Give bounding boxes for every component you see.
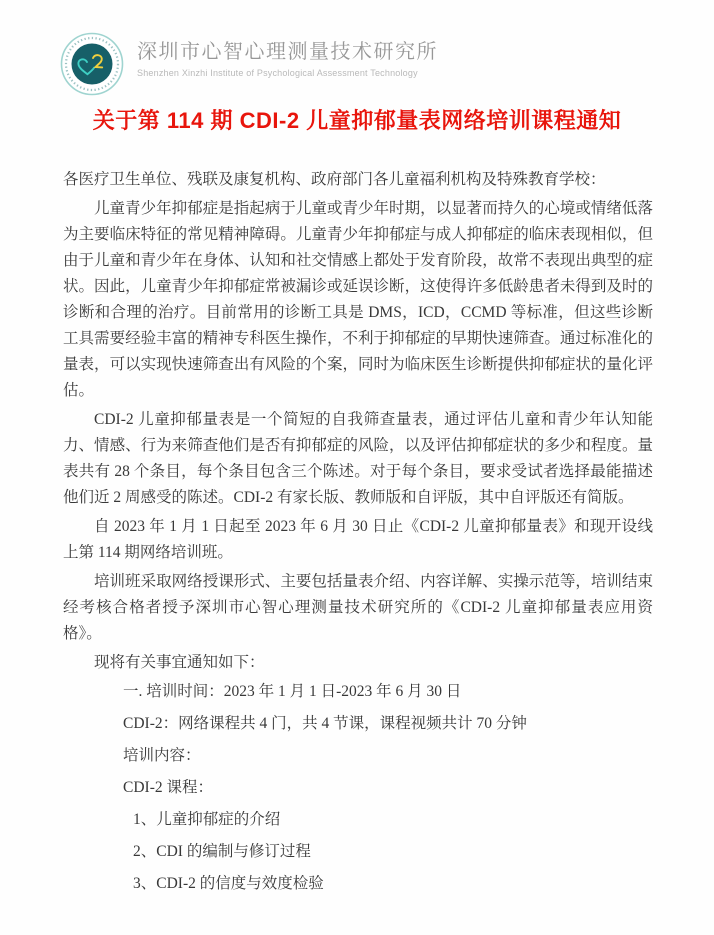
notice-line-training-time: 一. 培训时间：2023 年 1 月 1 日-2023 年 6 月 30 日 xyxy=(123,679,653,705)
course-list-item: 2、CDI 的编制与修订过程 xyxy=(133,839,653,865)
org-name-zh: 深圳市心智心理测量技术研究所 xyxy=(137,41,438,63)
notice-body: 各医疗卫生单位、残联及康复机构、政府部门各儿童福利机构及特殊教育学校： 儿童青少… xyxy=(63,167,653,897)
course-list-item: 1、儿童抑郁症的介绍 xyxy=(133,807,653,833)
body-paragraph: CDI-2 儿童抑郁量表是一个简短的自我筛查量表，通过评估儿童和青少年认知能力、… xyxy=(63,407,653,511)
notice-title: 关于第 114 期 CDI-2 儿童抑郁量表网络培训课程通知 xyxy=(30,106,684,136)
notice-line-training-content: 培训内容： xyxy=(123,743,653,769)
org-name-block: 深圳市心智心理测量技术研究所 Shenzhen Xinzhi Institute… xyxy=(137,32,438,79)
notice-line-course-header: CDI-2 课程： xyxy=(123,775,653,801)
notice-intro-line: 现将有关事宜通知如下： xyxy=(63,650,653,676)
notice-document-page: 深圳市心智心理测量技术研究所 Shenzhen Xinzhi Institute… xyxy=(0,0,714,935)
body-paragraph: 培训班采取网络授课形式、主要包括量表介绍、内容详解、实操示范等，培训结束经考核合… xyxy=(63,569,653,647)
document-header: 深圳市心智心理测量技术研究所 Shenzhen Xinzhi Institute… xyxy=(60,32,652,96)
org-name-en: Shenzhen Xinzhi Institute of Psychologic… xyxy=(137,67,438,79)
institute-logo-icon xyxy=(60,32,124,96)
salutation-line: 各医疗卫生单位、残联及康复机构、政府部门各儿童福利机构及特殊教育学校： xyxy=(63,167,653,193)
body-paragraph: 自 2023 年 1 月 1 日起至 2023 年 6 月 30 日止《CDI-… xyxy=(63,514,653,566)
course-list-item: 3、CDI-2 的信度与效度检验 xyxy=(133,871,653,897)
notice-line-course-count: CDI-2：网络课程共 4 门，共 4 节课，课程视频共计 70 分钟 xyxy=(123,711,653,737)
body-paragraph: 儿童青少年抑郁症是指起病于儿童或青少年时期，以显著而持久的心境或情绪低落为主要临… xyxy=(63,196,653,404)
